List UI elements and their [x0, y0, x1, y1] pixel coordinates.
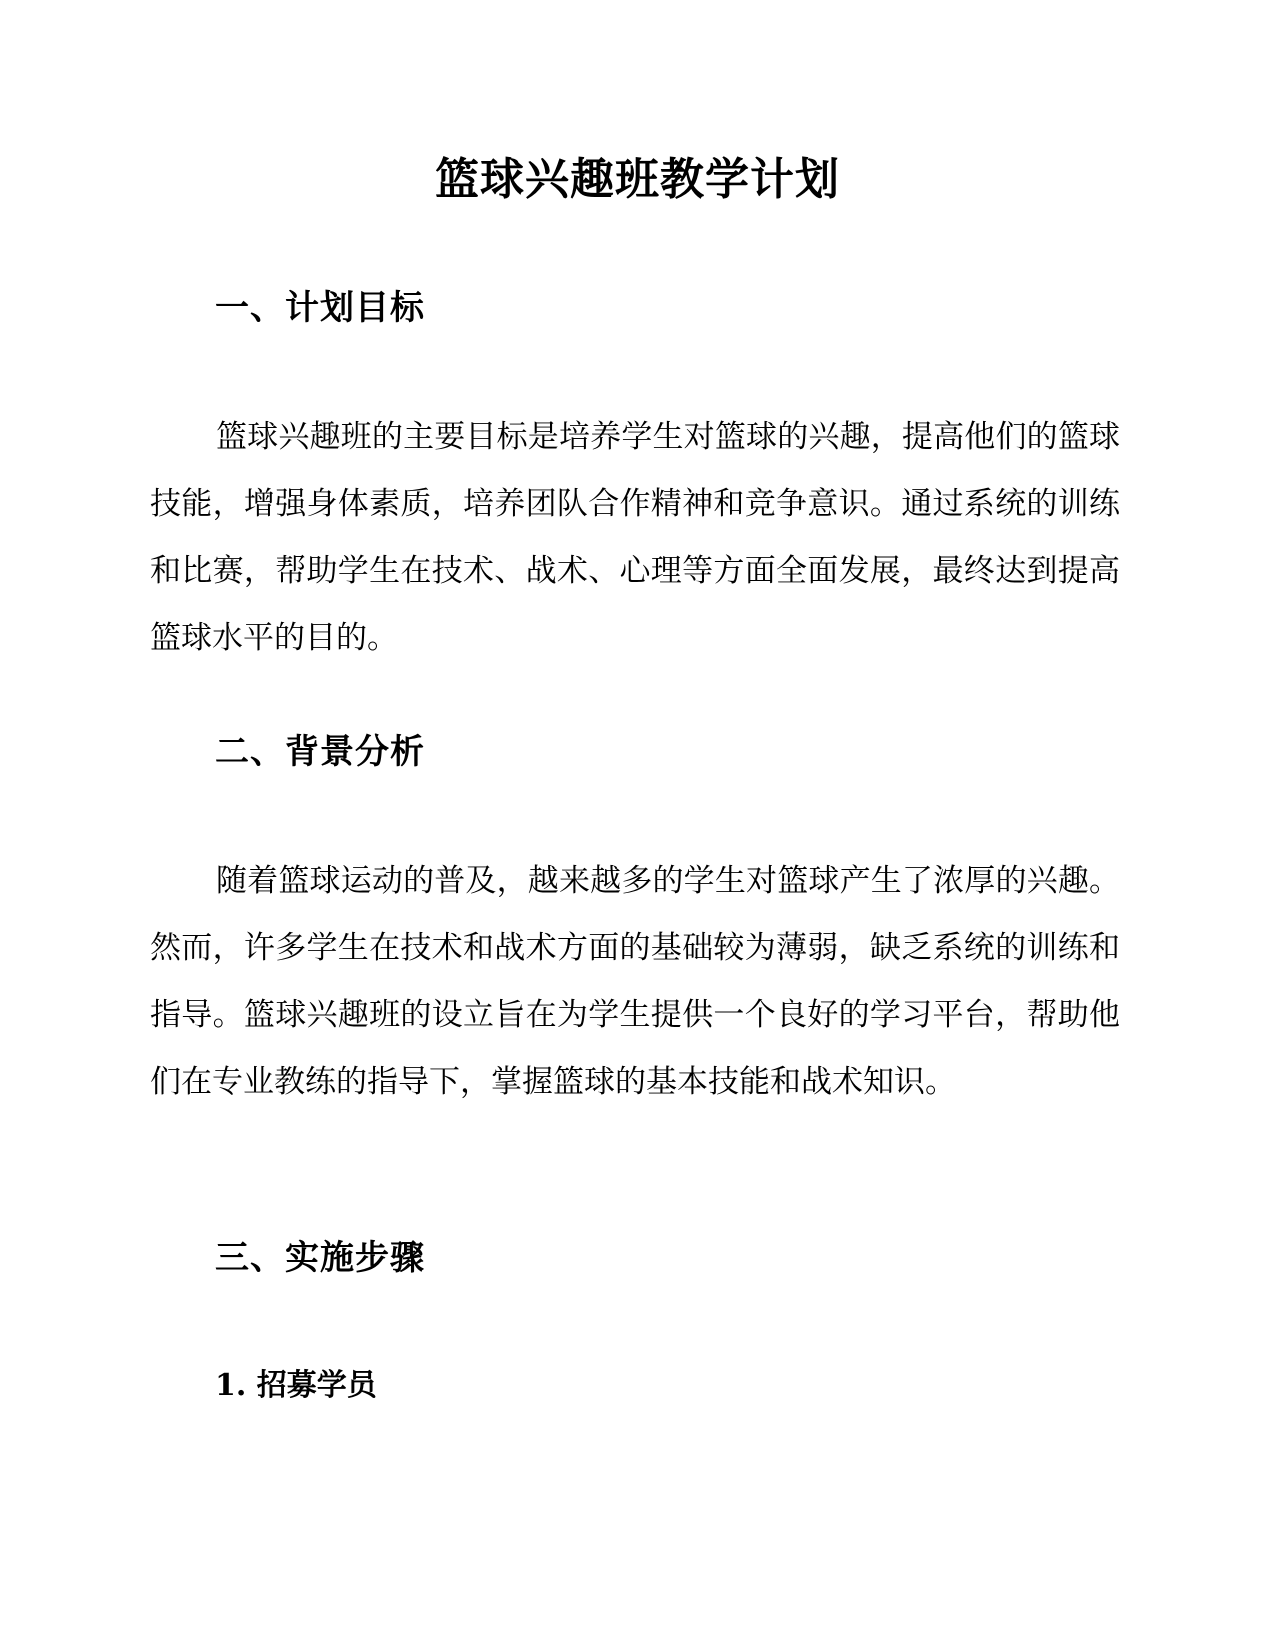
section-paragraph-background: 随着篮球运动的普及，越来越多的学生对篮球产生了浓厚的兴趣。然而，许多学生在技术和…	[150, 848, 1120, 1116]
section-heading-goals: 一、计划目标	[215, 286, 425, 330]
section-heading-steps: 三、实施步骤	[215, 1236, 425, 1280]
section-heading-background: 二、背景分析	[215, 730, 425, 774]
subsection-heading-recruit: 1. 招募学员	[215, 1366, 377, 1406]
document-title: 篮球兴趣班教学计划	[0, 152, 1275, 208]
section-paragraph-goals: 篮球兴趣班的主要目标是培养学生对篮球的兴趣，提高他们的篮球技能，增强身体素质，培…	[150, 404, 1120, 672]
document-page: 篮球兴趣班教学计划 一、计划目标 篮球兴趣班的主要目标是培养学生对篮球的兴趣，提…	[0, 0, 1275, 1650]
